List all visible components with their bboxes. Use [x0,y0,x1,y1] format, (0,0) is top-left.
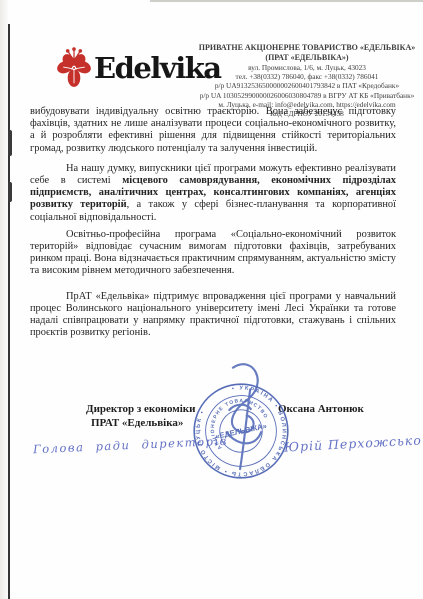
letter-body: вибудовувати індивідуальну освітню траєк… [30,106,396,339]
scan-smudge [8,182,12,202]
scan-smudge [8,130,12,156]
company-short-name: (ПРАТ «ЕДЕЛЬВІКА») [196,53,418,63]
stamp-icon: • УКРАЇНА • ВОЛИНСЬКА ОБЛАСТЬ • МІСТО ЛУ… [178,368,304,494]
paragraph-4: ПрАТ «Едельвіка» підтримує впровадження … [30,291,396,340]
paragraph-1: вибудовувати індивідуальну освітню траєк… [30,106,396,155]
scan-edge-top [150,0,423,2]
scan-edge-shade [0,0,8,599]
paragraph-2: На нашу думку, випускники цієї програми … [30,163,396,224]
company-address: вул. Промислова, 1/6, м. Луцьк, 43023 [196,63,418,72]
handwritten-signature: Юрій Перхожсько [284,432,422,454]
flower-icon [56,46,92,90]
company-logo: Edelvika [56,46,196,90]
bank-account-1: р/р UA913253650000002600401793842 в ПАТ … [196,81,418,90]
bank-account-2: р/р UA 103052990000026006030804789 в ВГР… [196,91,418,100]
scanned-letter-page: Edelvika ПРИВАТНЕ АКЦІОНЕРНЕ ТОВАРИСТВО … [0,0,423,599]
company-full-name: ПРИВАТНЕ АКЦІОНЕРНЕ ТОВАРИСТВО «ЕДЕЛЬВІК… [196,43,418,53]
company-stamp: • УКРАЇНА • ВОЛИНСЬКА ОБЛАСТЬ • МІСТО ЛУ… [178,368,304,494]
scan-edge-line [8,24,10,599]
paragraph-3: Освітньо-професійна програма «Соціально-… [30,229,396,278]
company-phone: тел. +38(0332) 786040, факс +38(0332) 78… [196,72,418,81]
